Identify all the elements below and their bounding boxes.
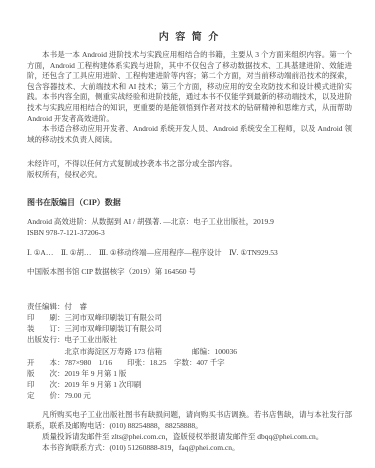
copyright-notice: 未经许可，不得以任何方式复制或抄袭本书之部分或全部内容。 版权所有，侵权必究。 bbox=[27, 158, 352, 180]
quality-complaint-note: 质量投诉请发邮件至 zlts@phei.com.cn，盗版侵权举报请发邮件至 d… bbox=[27, 431, 352, 442]
publication-info: 责任编辑：付 睿 印 刷：三河市双峰印刷装订有限公司 装 订：三河市双峰印刷装订… bbox=[27, 301, 352, 402]
content-summary-title: 内 容 简 介 bbox=[27, 28, 352, 43]
cip-isbn-line: ISBN 978-7-121-37206-3 bbox=[27, 228, 352, 239]
impression-line: 印 次：2019 年 9 月第 1 次印刷 bbox=[27, 379, 352, 390]
no-copy-notice-line: 未经许可，不得以任何方式复制或抄袭本书之部分或全部内容。 bbox=[27, 158, 352, 169]
defect-exchange-note: 凡所购买电子工业出版社图书有缺损问题，请向购买书店调换。若书店售缺，请与本社发行… bbox=[27, 409, 352, 431]
printer-line: 印 刷：三河市双峰印刷装订有限公司 bbox=[27, 312, 352, 323]
publisher-address-line: 北京市海淀区万寿路 173 信箱 邮编：100036 bbox=[27, 346, 352, 357]
service-notes: 凡所购买电子工业出版社图书有缺损问题，请向购买书店调换。若书店售缺，请与本社发行… bbox=[27, 409, 352, 453]
book-copyright-page: 内 容 简 介 本书是一本 Android 进阶技术与实践应用相结合的书籍，主要… bbox=[0, 0, 375, 468]
cip-classification-line: Ⅰ. ①A… Ⅱ. ①胡… Ⅲ. ①移动终端—应用程序—程序设计 Ⅳ. ①TN9… bbox=[27, 248, 352, 259]
binder-line: 装 订：三河市双峰印刷装订有限公司 bbox=[27, 323, 352, 334]
consultation-contact-note: 本书咨询联系方式：(010) 51260888-819，faq@phei.com… bbox=[27, 442, 352, 453]
cip-record-line: Android 高效进阶：从数据到 AI / 胡强著. —北京：电子工业出版社，… bbox=[27, 217, 352, 228]
summary-paragraph-2: 本书适合移动应用开发者、Android 系统开发人员、Android 系统安全工… bbox=[27, 124, 352, 145]
price-line: 定 价：79.00 元 bbox=[27, 390, 352, 401]
all-rights-reserved-line: 版权所有，侵权必究。 bbox=[27, 169, 352, 180]
edition-line: 版 次：2019 年 9 月第 1 版 bbox=[27, 368, 352, 379]
cip-registry-line: 中国版本图书馆 CIP 数据核字（2019）第 164560 号 bbox=[27, 267, 352, 278]
publisher-line: 出版发行：电子工业出版社 bbox=[27, 334, 352, 345]
cip-heading: 图书在版编目（CIP）数据 bbox=[27, 197, 352, 208]
format-line: 开 本：787×980 1/16 印张：18.25 字数：407 千字 bbox=[27, 357, 352, 368]
summary-paragraph-1: 本书是一本 Android 进阶技术与实践应用相结合的书籍，主要从 3 个方面来… bbox=[27, 50, 352, 124]
editor-line: 责任编辑：付 睿 bbox=[27, 301, 352, 312]
